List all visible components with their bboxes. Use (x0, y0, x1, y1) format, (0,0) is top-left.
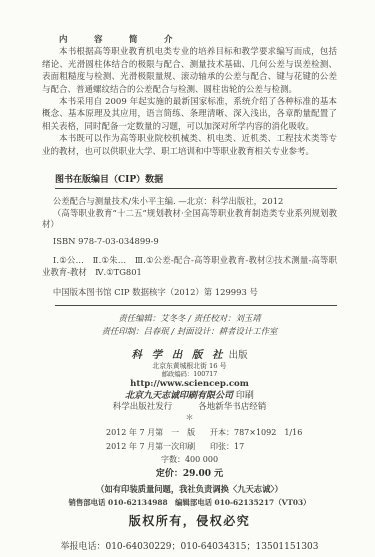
publisher-name-suffix: 出版 (226, 350, 248, 361)
publisher-postcode: 邮政编码：100717 (42, 371, 337, 379)
intro-paragraph-1: 本书根据高等职业教育机电类专业的培养目标和教学要求编写而成，包括绪论、光滑圆柱体… (42, 46, 337, 96)
cip-body: 公差配合与测量技术/朱小平主编. —北京：科学出版社，2012 （高等职业教育“… (42, 196, 337, 298)
publisher-name: 科 学 出 版 社 (131, 349, 225, 361)
cip-classification-line: Ⅰ.①公… Ⅱ.①朱… Ⅲ.①公差-配合-高等职业教育-教材②技术测量-高等职业… (42, 255, 337, 278)
cip-top-rule (55, 188, 337, 189)
word-count: 字数：400 000 (42, 454, 337, 466)
edition-date: 2012 年 7 月第 一 版 (106, 426, 210, 440)
copyright-page: 内 容 简 介 本书根据高等职业教育机电类专业的培养目标和教学要求编写而成，包括… (0, 0, 375, 557)
quality-note: （如有印装质量问题，我社负责调换〈九天志诚〉） (42, 483, 337, 495)
cip-header: 图书在版编目（CIP）数据 (55, 172, 337, 185)
printer-suffix: 印刷 (233, 391, 254, 401)
section-divider-asterisk: ＊ (42, 413, 337, 422)
report-hotline: 举报电话：010-64030229；010-64034315；135011513… (42, 541, 337, 554)
isbn-line: ISBN 978-7-03-034899-9 (42, 236, 337, 248)
print-run-row: 2012 年 7 月第一次印刷 印张：17 (106, 440, 324, 454)
distribution-row: 科学出版社发行各地新华书店经销 (42, 402, 337, 413)
format-size: 开本：787×1092 1/16 (210, 426, 324, 440)
intro-section: 内 容 简 介 本书根据高等职业教育机电类专业的培养目标和教学要求编写而成，包括… (42, 34, 337, 158)
distribution-publisher: 科学出版社发行 (113, 402, 173, 412)
intro-paragraph-2: 本书采用自 2009 年起实施的最新国家标准，系统介绍了各种标准的基本概念、基本… (42, 96, 337, 133)
printer-row: 北京九天志诚印刷有限公司 印刷 (42, 390, 337, 402)
cip-section: 图书在版编目（CIP）数据 公差配合与测量技术/朱小平主编. —北京：科学出版社… (42, 172, 337, 306)
cip-title-line: 公差配合与测量技术/朱小平主编. —北京：科学出版社，2012 (42, 196, 337, 208)
intro-paragraph-3: 本书既可以作为高等职业院校机械类、机电类、近机类、工程技术类等专业的教材，也可以… (42, 133, 337, 158)
publisher-website: http://www.sciencep.com (42, 379, 337, 390)
printer-name: 北京九天志诚印刷有限公司 (125, 391, 233, 401)
edition-section: 2012 年 7 月第 一 版 开本：787×1092 1/16 2012 年 … (106, 426, 324, 453)
cip-bottom-rule (55, 305, 337, 306)
cip-series-line: （高等职业教育“十二五”规划教材·全国高等职业教育制造类专业系列规划教材） (42, 208, 337, 231)
sheet-count: 印张：17 (210, 440, 324, 454)
cip-record-number: 中国版本图书馆 CIP 数据核字（2012）第 129993 号 (42, 287, 337, 299)
price: 定价：29.00 元 (42, 468, 337, 480)
credits-line-print-design: 责任印制：吕春珉 / 封面设计：耕者设计工作室 (42, 325, 337, 338)
publisher-section: 科 学 出 版 社 出版 北京东黄城根北街 16 号 邮政编码：100717 h… (42, 349, 337, 422)
intro-title: 内 容 简 介 (42, 34, 337, 46)
contact-phones: 销售部电话 010-62134988 编辑部电话 010-62135217（VT… (42, 497, 337, 508)
publisher-name-row: 科 学 出 版 社 出版 (42, 349, 337, 362)
credits-section: 责任编辑：艾冬冬 / 责任校对：刘玉靖 责任印制：吕春珉 / 封面设计：耕者设计… (42, 312, 337, 338)
distribution-bookstores: 各地新华书店经销 (198, 402, 266, 412)
edition-row: 2012 年 7 月第 一 版 开本：787×1092 1/16 (106, 426, 324, 440)
publisher-address: 北京东黄城根北街 16 号 (42, 362, 337, 371)
copyright-notice: 版权所有，侵权必究 (42, 514, 337, 529)
print-run-date: 2012 年 7 月第一次印刷 (106, 440, 210, 454)
credits-line-editors: 责任编辑：艾冬冬 / 责任校对：刘玉靖 (42, 312, 337, 325)
